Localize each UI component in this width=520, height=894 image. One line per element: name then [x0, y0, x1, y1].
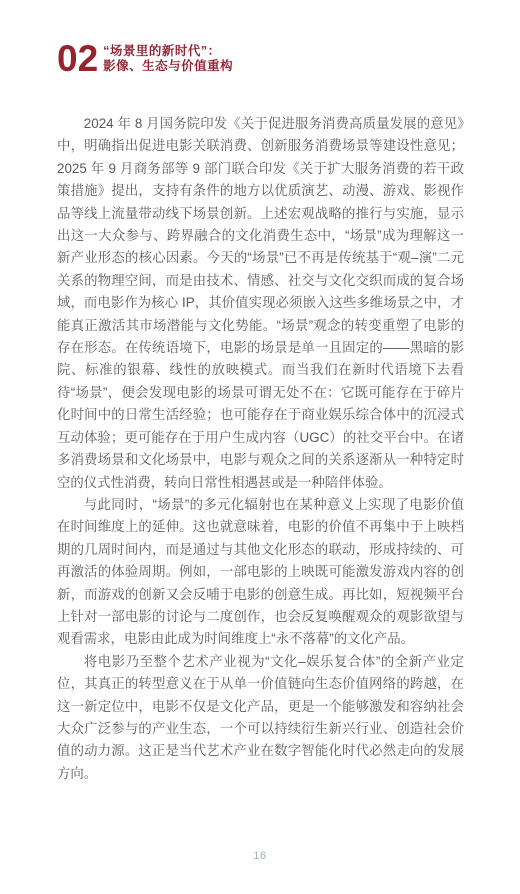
section-title: “场景里的新时代”： 影像、生态与价值重构: [103, 44, 233, 74]
section-title-line-1: “场景里的新时代”：: [103, 44, 233, 59]
paragraph-2: 与此同时，“场景”的多元化辐射也在某种意义上实现了电影价值在时间维度上的延伸。这…: [57, 494, 464, 651]
page-number: 16: [0, 850, 520, 862]
section-title-line-2: 影像、生态与价值重构: [103, 59, 233, 74]
body-text: 2024 年 8 月国务院印发《关于促进服务消费高质量发展的意见》中，明确指出促…: [57, 113, 464, 785]
paragraph-1: 2024 年 8 月国务院印发《关于促进服务消费高质量发展的意见》中，明确指出促…: [57, 113, 464, 494]
document-page: 02 “场景里的新时代”： 影像、生态与价值重构 2024 年 8 月国务院印发…: [0, 0, 520, 894]
paragraph-3: 将电影乃至整个艺术产业视为“文化–娱乐复合体”的全新产业定位，其真正的转型意义在…: [57, 651, 464, 785]
section-header: 02 “场景里的新时代”： 影像、生态与价值重构: [57, 42, 233, 75]
section-number: 02: [57, 42, 98, 75]
